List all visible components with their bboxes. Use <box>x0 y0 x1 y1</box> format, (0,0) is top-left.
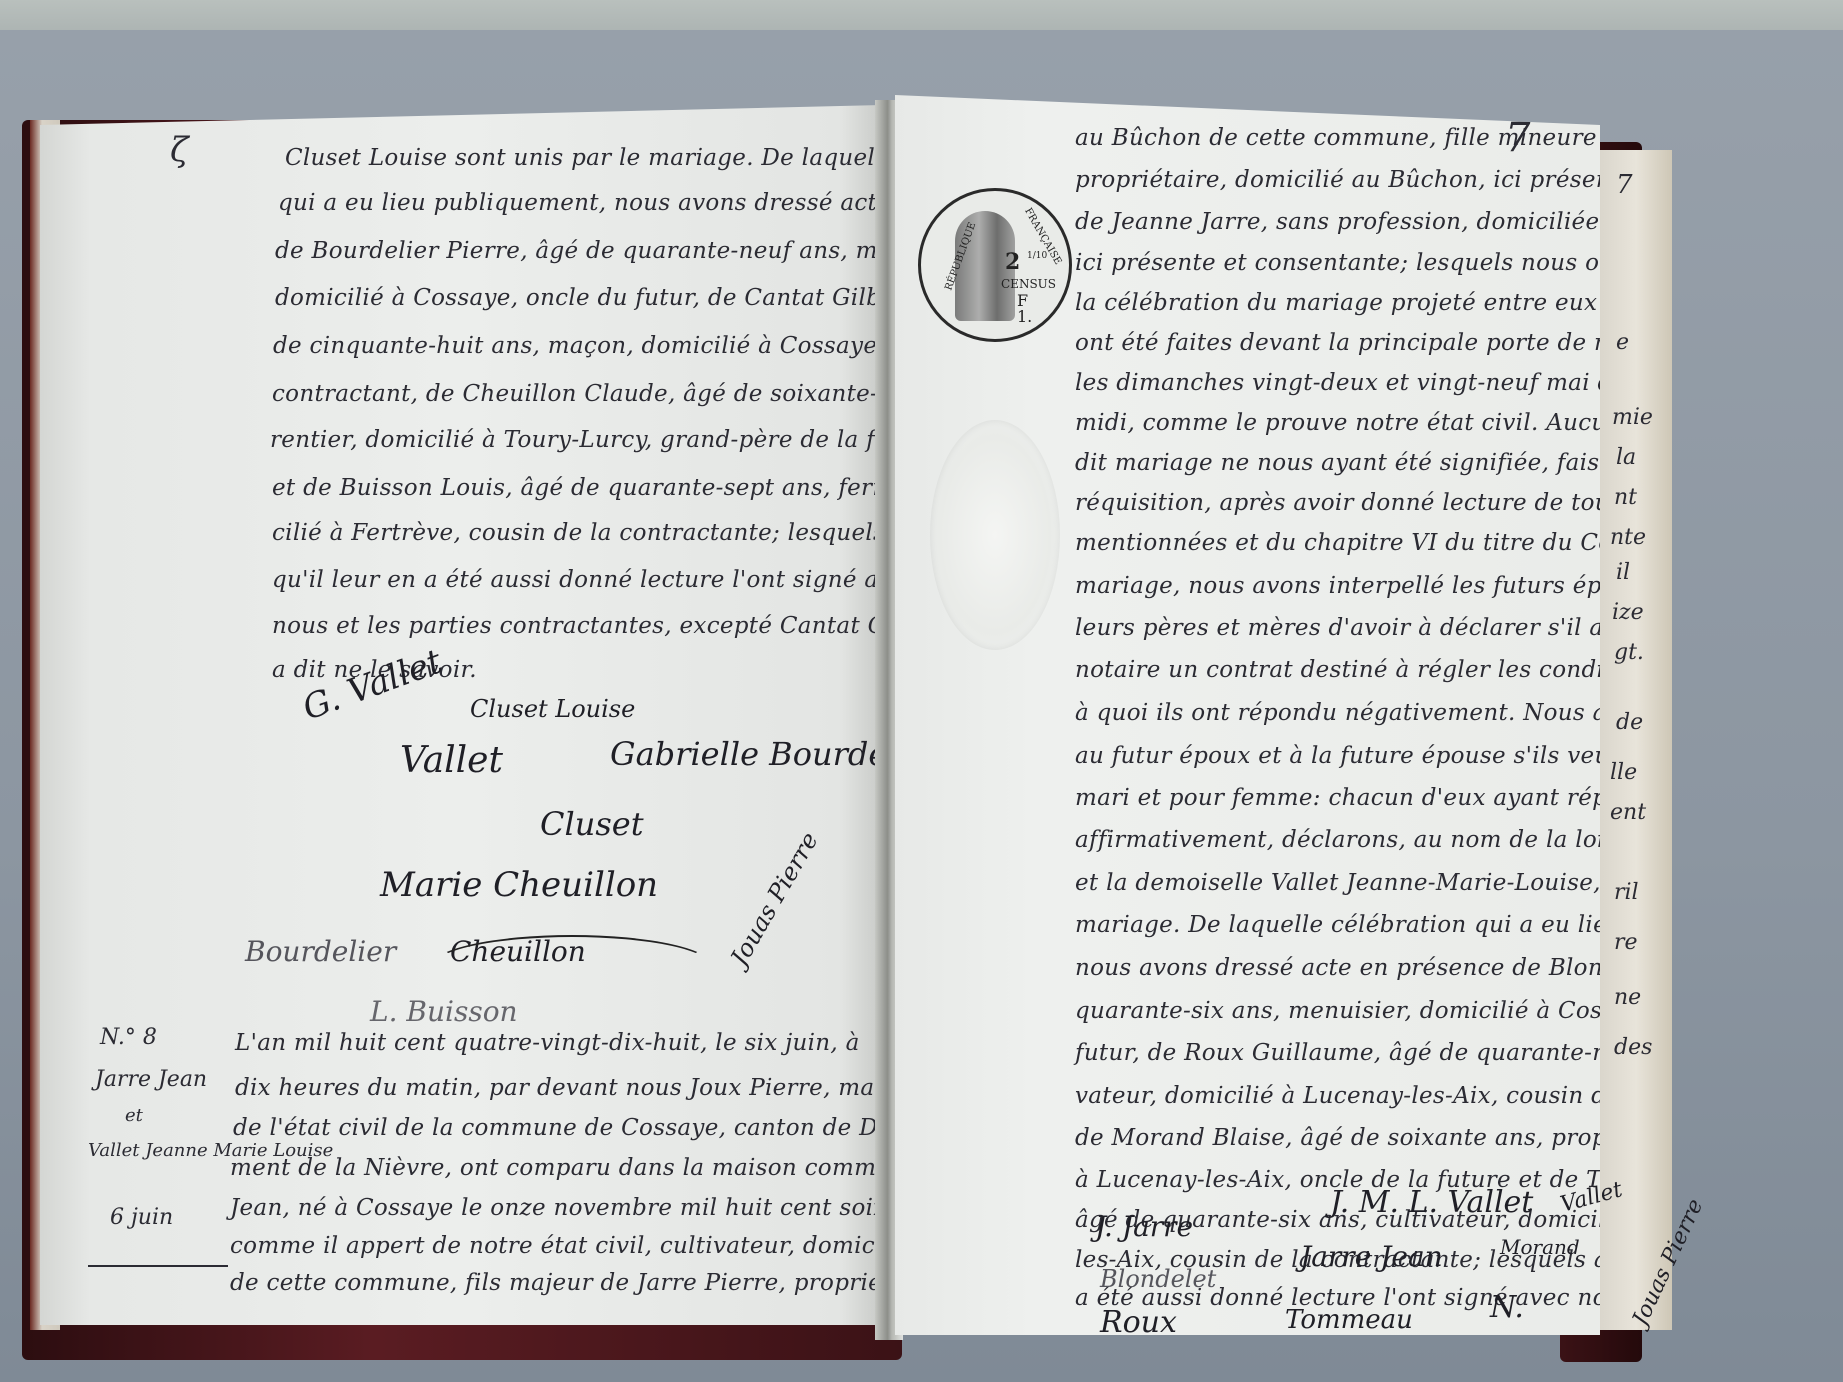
signature: Bourdelier <box>245 935 396 968</box>
stamp-label: CENSUS <box>1001 277 1056 291</box>
signature: Tommeau <box>1285 1305 1413 1335</box>
text-line: ont été faites devant la principale port… <box>1075 330 1600 356</box>
text-line: au Bûchon de cette commune, fille mineur… <box>1075 125 1600 151</box>
underlying-fragment: ne <box>1614 985 1641 1010</box>
text-line: de cinquante-huit ans, maçon, domicilié … <box>273 333 882 359</box>
left-page: ζ Cluset Louise sont unis par le mariage… <box>40 105 882 1325</box>
underlying-fragment: de <box>1616 710 1643 735</box>
stamp-fraction: 1/10 <box>1027 251 1047 261</box>
text-line: au futur époux et à la future épouse s'i… <box>1075 743 1600 769</box>
text-line: affirmativement, déclarons, au nom de la… <box>1075 827 1600 853</box>
text-line: de cette commune, fils majeur de Jarre P… <box>230 1270 882 1296</box>
stamp-value: 2 <box>1005 249 1020 275</box>
underlying-fragment: ize <box>1612 600 1644 625</box>
signature: Cluset <box>540 805 644 843</box>
underlying-fragment: e <box>1616 330 1629 355</box>
signature: Morand <box>1500 1235 1580 1259</box>
underlying-fragment: lle <box>1610 760 1637 785</box>
text-line: leurs pères et mères d'avoir à déclarer … <box>1075 615 1600 641</box>
text-line: domicilié à Cossaye, oncle du futur, de … <box>275 285 882 311</box>
underlying-fragment: nte <box>1610 525 1646 550</box>
text-line: et la demoiselle Vallet Jeanne-Marie-Lou… <box>1075 870 1600 896</box>
signature: Blondelet <box>1100 1265 1216 1293</box>
text-line: futur, de Roux Guillaume, âgé de quarant… <box>1075 1040 1600 1066</box>
text-line: de Morand Blaise, âgé de soixante ans, p… <box>1075 1125 1600 1151</box>
text-line: la célébration du mariage projeté entre … <box>1075 290 1600 316</box>
text-line: cilié à Fertrève, cousin de la contracta… <box>272 520 882 546</box>
text-line: à quoi ils ont répondu négativement. Nou… <box>1075 700 1600 726</box>
text-line: propriétaire, domicilié au Bûchon, ici p… <box>1075 167 1600 193</box>
signature: Marie Cheuillon <box>380 865 658 905</box>
underlying-fragment: nt <box>1614 485 1637 510</box>
text-line: ici présente et consentante; lesquels no… <box>1075 250 1600 276</box>
underlying-page: 7 e mie la nt nte il ize gt. de lle ent … <box>1600 150 1672 1330</box>
signature: Vallet <box>400 740 503 781</box>
signature: Gabrielle Bourdelier <box>610 735 882 773</box>
text-line: réquisition, après avoir donné lecture d… <box>1075 490 1600 516</box>
text-line: L'an mil huit cent quatre-vingt-dix-huit… <box>235 1030 860 1056</box>
signature: L. Buisson <box>370 995 518 1028</box>
conjunction: et <box>125 1105 143 1126</box>
corner-mark: ζ <box>170 130 188 170</box>
signature: J. M. L. Vallet <box>1330 1185 1533 1220</box>
text-line: Cluset Louise sont unis par le mariage. … <box>285 145 882 171</box>
signature: Roux <box>1100 1305 1177 1340</box>
text-line: et de Buisson Louis, âgé de quarante-sep… <box>272 475 882 501</box>
act-number: N.° 8 <box>100 1025 157 1050</box>
signature: Cluset Louise <box>470 695 635 723</box>
text-line: Jean, né à Cossaye le onze novembre mil … <box>230 1195 882 1221</box>
text-line: mariage, nous avons interpellé les futur… <box>1075 573 1600 599</box>
signature: N. <box>1490 1290 1524 1325</box>
text-line: ment de la Nièvre, ont comparu dans la m… <box>230 1155 882 1181</box>
text-line: mariage. De laquelle célébration qui a e… <box>1075 912 1600 938</box>
underlying-fragment: ril <box>1614 880 1639 905</box>
text-line: quarante-six ans, menuisier, domicilié à… <box>1075 998 1600 1024</box>
text-line: mentionnées et du chapitre VI du titre d… <box>1075 530 1600 556</box>
underlying-fragment: 7 <box>1616 170 1633 200</box>
text-line: rentier, domicilié à Toury-Lurcy, grand-… <box>270 427 882 453</box>
embossed-seal <box>930 420 1060 650</box>
text-line: midi, comme le prouve notre état civil. … <box>1075 410 1600 436</box>
text-line: contractant, de Cheuillon Claude, âgé de… <box>272 381 882 407</box>
text-line: dix heures du matin, par devant nous Jou… <box>235 1075 882 1101</box>
underlying-fragment: ent <box>1610 800 1646 825</box>
revenue-stamp: RÉPUBLIQUE FRANÇAISE 2 1/10 CENSUS F 1. <box>918 188 1072 342</box>
groom-name: Jarre Jean <box>95 1067 207 1092</box>
underlying-fragment: gt. <box>1614 640 1644 665</box>
signature: J. Jarre <box>1095 1210 1193 1243</box>
text-line: de l'état civil de la commune de Cossaye… <box>233 1115 882 1141</box>
text-line: notaire un contrat destiné à régler les … <box>1075 657 1600 683</box>
underlying-fragment: re <box>1614 930 1638 955</box>
text-line: de Jeanne Jarre, sans profession, domici… <box>1075 209 1600 235</box>
signature: Jouas Pierre <box>725 827 824 970</box>
text-line: qui a eu lieu publiquement, nous avons d… <box>278 190 882 216</box>
margin-rule <box>88 1265 228 1267</box>
text-line: qu'il leur en a été aussi donné lecture … <box>272 567 882 593</box>
underlying-fragment: il <box>1616 560 1630 585</box>
signature: G. Vallet <box>298 641 448 728</box>
signature-flourish <box>430 935 714 999</box>
text-line: les dimanches vingt-deux et vingt-neuf m… <box>1075 370 1600 396</box>
text-line: nous avons dressé acte en présence de Bl… <box>1075 955 1600 981</box>
text-line: nous et les parties contractantes, excep… <box>272 613 882 639</box>
text-line: comme il appert de notre état civil, cul… <box>230 1233 882 1259</box>
underlying-fragment: des <box>1614 1035 1652 1060</box>
text-line: dit mariage ne nous ayant été signifiée,… <box>1075 450 1600 476</box>
underlying-fragment: la <box>1616 445 1636 470</box>
text-line: vateur, domicilié à Lucenay-les-Aix, cou… <box>1075 1083 1600 1109</box>
text-line: de Bourdelier Pierre, âgé de quarante-ne… <box>275 238 882 264</box>
stamp-number: 1. <box>1017 307 1032 326</box>
act-date: 6 juin <box>110 1205 173 1230</box>
underlying-fragment: mie <box>1612 405 1653 430</box>
signature: Jarre Jean <box>1300 1240 1443 1273</box>
text-line: mari et pour femme: chacun d'eux ayant r… <box>1075 785 1600 811</box>
